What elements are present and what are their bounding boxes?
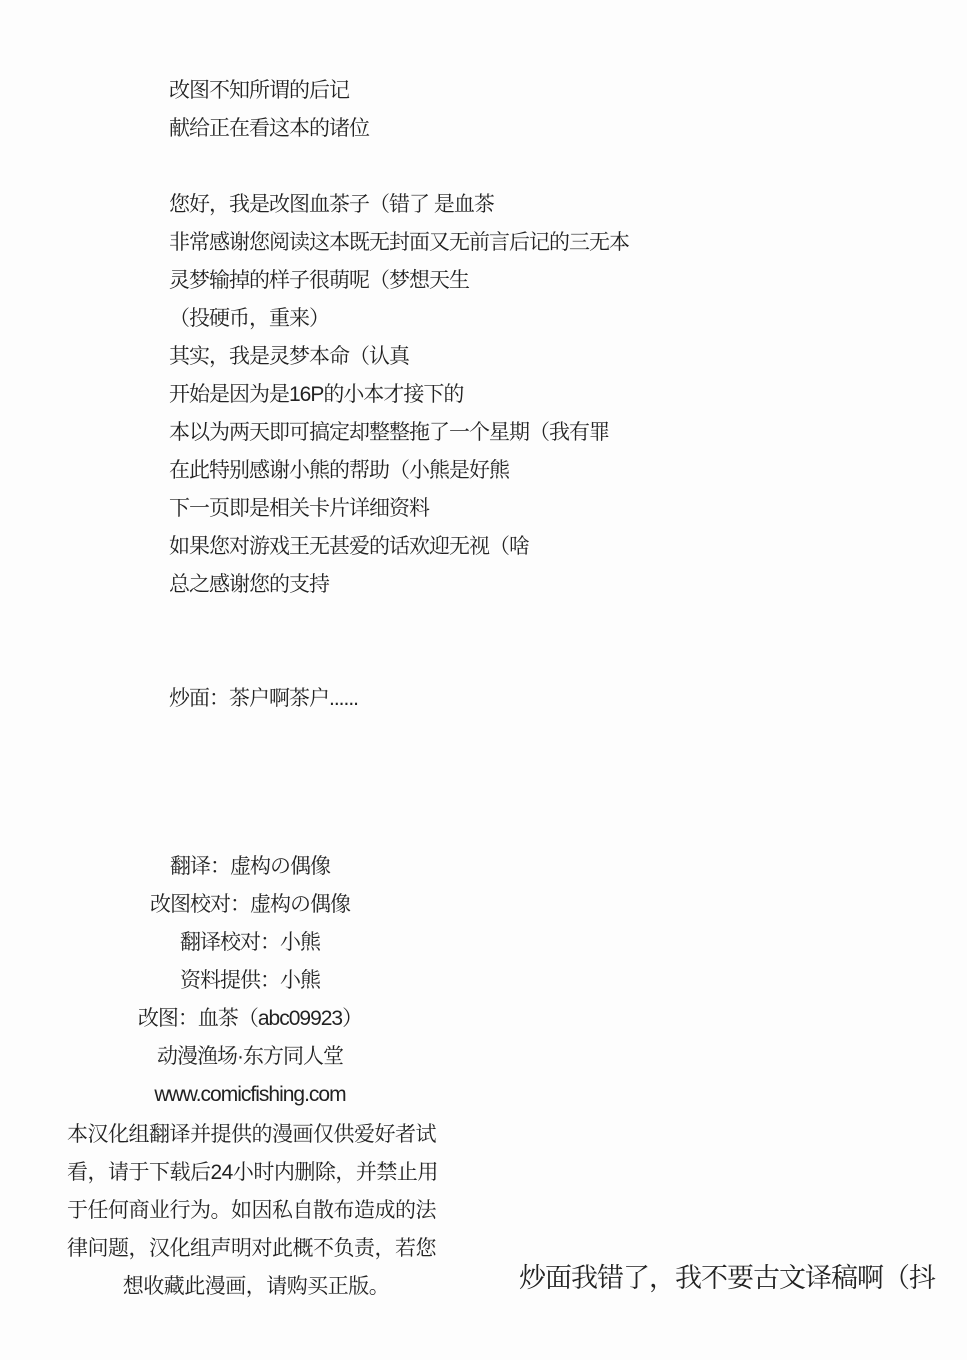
- disclaimer-line: 本汉化组翻译并提供的漫画仅供爱好者试: [67, 1116, 445, 1154]
- afterword-body-line: 开始是因为是16P的小本才接下的: [169, 376, 629, 414]
- credits-block: 翻译：虚构の偶像 改图校对：虚构の偶像 翻译校对：小熊 资料提供：小熊 改图：血…: [0, 848, 500, 1114]
- disclaimer-line: 于任何商业行为。如因私自散布造成的法: [67, 1192, 445, 1230]
- afterword-body-line: 灵梦输掉的样子很萌呢（梦想天生: [169, 262, 629, 300]
- afterword-body-line: 在此特别感谢小熊的帮助（小熊是好熊: [169, 452, 629, 490]
- afterword-body-line: 下一页即是相关卡片详细资料: [169, 490, 629, 528]
- afterword-text-block: 改图不知所谓的后记 献给正在看这本的诸位 您好，我是改图血茶子（错了 是血茶 非…: [169, 72, 629, 718]
- afterword-title-line: 献给正在看这本的诸位: [169, 110, 629, 148]
- credit-line-group-name: 动漫渔场·东方同人堂: [0, 1038, 500, 1076]
- footnote-line: 炒面我错了，我不要古文译稿啊（抖: [519, 1258, 935, 1298]
- afterword-body-line: 本以为两天即可搞定却整整拖了一个星期（我有罪: [169, 414, 629, 452]
- blank-line: [169, 148, 629, 186]
- credit-line-reference-provider: 资料提供：小熊: [0, 962, 500, 1000]
- afterword-body-line: 如果您对游戏王无甚爱的话欢迎无视（啥: [169, 528, 629, 566]
- afterword-body-line: 您好，我是改图血茶子（错了 是血茶: [169, 186, 629, 224]
- afterword-body-line: 其实，我是灵梦本命（认真: [169, 338, 629, 376]
- disclaimer-line: 想收藏此漫画，请购买正版。: [67, 1268, 445, 1306]
- credit-line-translation-proofread: 翻译校对：小熊: [0, 924, 500, 962]
- blank-lines: [169, 604, 629, 680]
- afterword-title-line: 改图不知所谓的后记: [169, 72, 629, 110]
- afterword-body-line: 非常感谢您阅读这本既无封面又无前言后记的三无本: [169, 224, 629, 262]
- afterword-aside-line: 炒面：茶户啊茶户......: [169, 680, 629, 718]
- credit-line-image-proofread: 改图校对：虚构の偶像: [0, 886, 500, 924]
- disclaimer-line: 看，请于下载后24小时内删除，并禁止用: [67, 1154, 445, 1192]
- credit-line-image-editor: 改图：血茶（abc09923）: [0, 1000, 500, 1038]
- disclaimer-line: 律问题，汉化组声明对此概不负责，若您: [67, 1230, 445, 1268]
- afterword-body-line: （投硬币，重来）: [169, 300, 629, 338]
- credit-line-website: www.comicfishing.com: [0, 1076, 500, 1114]
- afterword-body-line: 总之感谢您的支持: [169, 566, 629, 604]
- credit-line-translator: 翻译：虚构の偶像: [0, 848, 500, 886]
- disclaimer-block: 本汉化组翻译并提供的漫画仅供爱好者试 看，请于下载后24小时内删除，并禁止用 于…: [67, 1116, 445, 1306]
